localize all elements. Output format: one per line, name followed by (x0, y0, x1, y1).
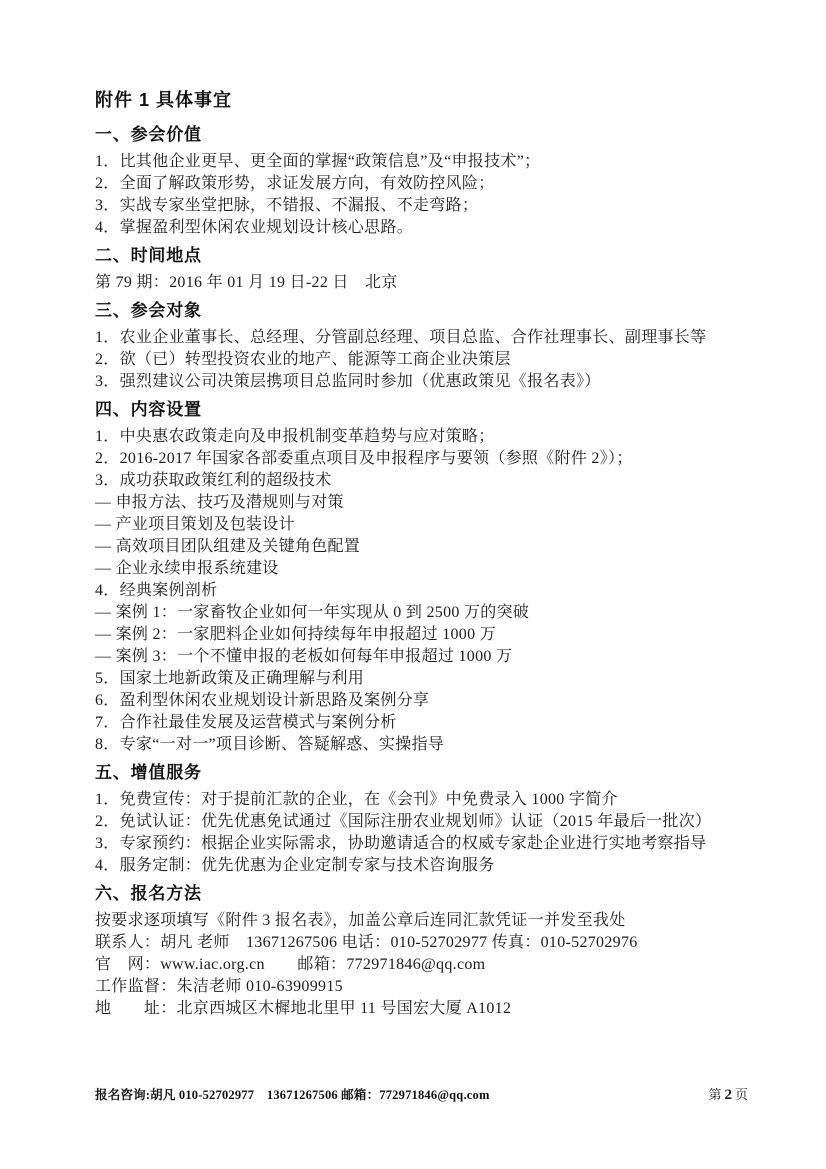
section-heading: 三、参会对象 (95, 300, 740, 322)
section-line: — 案例 3：一个不懂申报的老板如何每年申报超过 1000 万 (95, 646, 740, 668)
document-page: { "page": { "title": "附件 1 具体事宜", "backg… (0, 0, 826, 1169)
section-line: 8．专家“一对一”项目诊断、答疑解惑、实操指导 (95, 734, 740, 756)
section-line: 官 网：www.iac.org.cn 邮箱：772971846@qq.com (95, 954, 740, 976)
page-number-value: 2 (721, 1087, 735, 1103)
section-line: 第 79 期：2016 年 01 月 19 日-22 日 北京 (95, 272, 740, 294)
section-line: 4．服务定制：优先优惠为企业定制专家与技术咨询服务 (95, 855, 740, 877)
section-line: 3．成功获取政策红利的超级技术 (95, 470, 740, 492)
section-line: 2．全面了解政策形势，求证发展方向，有效防控风险； (95, 173, 740, 195)
section-line: — 高效项目团队组建及关键角色配置 (95, 536, 740, 558)
section-line: — 案例 2：一家肥料企业如何持续每年申报超过 1000 万 (95, 624, 740, 646)
footer-contact: 报名咨询:胡凡 010-52702977 13671267506 邮箱：7729… (95, 1085, 490, 1103)
section-line: 2．免试认证：优先优惠免试通过《国际注册农业规划师》认证（2015 年最后一批次… (95, 811, 740, 833)
document-content: 附件 1 具体事宜 一、参会价值1．比其他企业更早、更全面的掌握“政策信息”及“… (95, 88, 740, 1020)
section-line: 4．掌握盈利型休闲农业规划设计核心思路。 (95, 217, 740, 239)
section-line: 工作监督：朱洁老师 010-63909915 (95, 976, 740, 998)
section-line: 1．农业企业董事长、总经理、分管副总经理、项目总监、合作社理事长、副理事长等 (95, 327, 740, 349)
section-line: 7．合作社最佳发展及运营模式与案例分析 (95, 712, 740, 734)
section-line: — 产业项目策划及包装设计 (95, 514, 740, 536)
page-footer: 报名咨询:胡凡 010-52702977 13671267506 邮箱：7729… (95, 1084, 748, 1104)
section-line: 2．2016-2017 年国家各部委重点项目及申报程序与要领（参照《附件 2》）… (95, 448, 740, 470)
section-line: — 申报方法、技巧及潜规则与对策 (95, 492, 740, 514)
section-line: 按要求逐项填写《附件 3 报名表》，加盖公章后连同汇款凭证一并发至我处 (95, 910, 740, 932)
section-line: 1．比其他企业更早、更全面的掌握“政策信息”及“申报技术”； (95, 151, 740, 173)
section-line: 3．专家预约：根据企业实际需求，协助邀请适合的权威专家赴企业进行实地考察指导 (95, 833, 740, 855)
section-line: 1．中央惠农政策走向及申报机制变革趋势与应对策略； (95, 426, 740, 448)
section-line: 3．强烈建议公司决策层携项目总监同时参加（优惠政策见《报名表》） (95, 371, 740, 393)
page-number-suffix: 页 (735, 1087, 748, 1102)
section-heading: 二、时间地点 (95, 245, 740, 267)
section-heading: 四、内容设置 (95, 399, 740, 421)
section-line: 5．国家土地新政策及正确理解与利用 (95, 668, 740, 690)
section-line: 1．免费宣传：对于提前汇款的企业，在《会刊》中免费录入 1000 字简介 (95, 789, 740, 811)
section-line: — 案例 1：一家畜牧企业如何一年实现从 0 到 2500 万的突破 (95, 602, 740, 624)
section-heading: 六、报名方法 (95, 883, 740, 905)
section-line: 联系人：胡凡 老师 13671267506 电话：010-52702977 传真… (95, 932, 740, 954)
sections: 一、参会价值1．比其他企业更早、更全面的掌握“政策信息”及“申报技术”；2．全面… (95, 124, 740, 1020)
section-heading: 一、参会价值 (95, 124, 740, 146)
section-heading: 五、增值服务 (95, 762, 740, 784)
section-line: 3．实战专家坐堂把脉，不错报、不漏报、不走弯路； (95, 195, 740, 217)
section-line: — 企业永续申报系统建设 (95, 558, 740, 580)
page-number-prefix: 第 (708, 1087, 721, 1102)
section-line: 地 址：北京西城区木樨地北里甲 11 号国宏大厦 A1012 (95, 998, 740, 1020)
section-line: 6．盈利型休闲农业规划设计新思路及案例分享 (95, 690, 740, 712)
section-line: 2．欲（已）转型投资农业的地产、能源等工商企业决策层 (95, 349, 740, 371)
page-title: 附件 1 具体事宜 (95, 88, 740, 112)
section-line: 4．经典案例剖析 (95, 580, 740, 602)
page-number: 第2页 (708, 1084, 748, 1104)
